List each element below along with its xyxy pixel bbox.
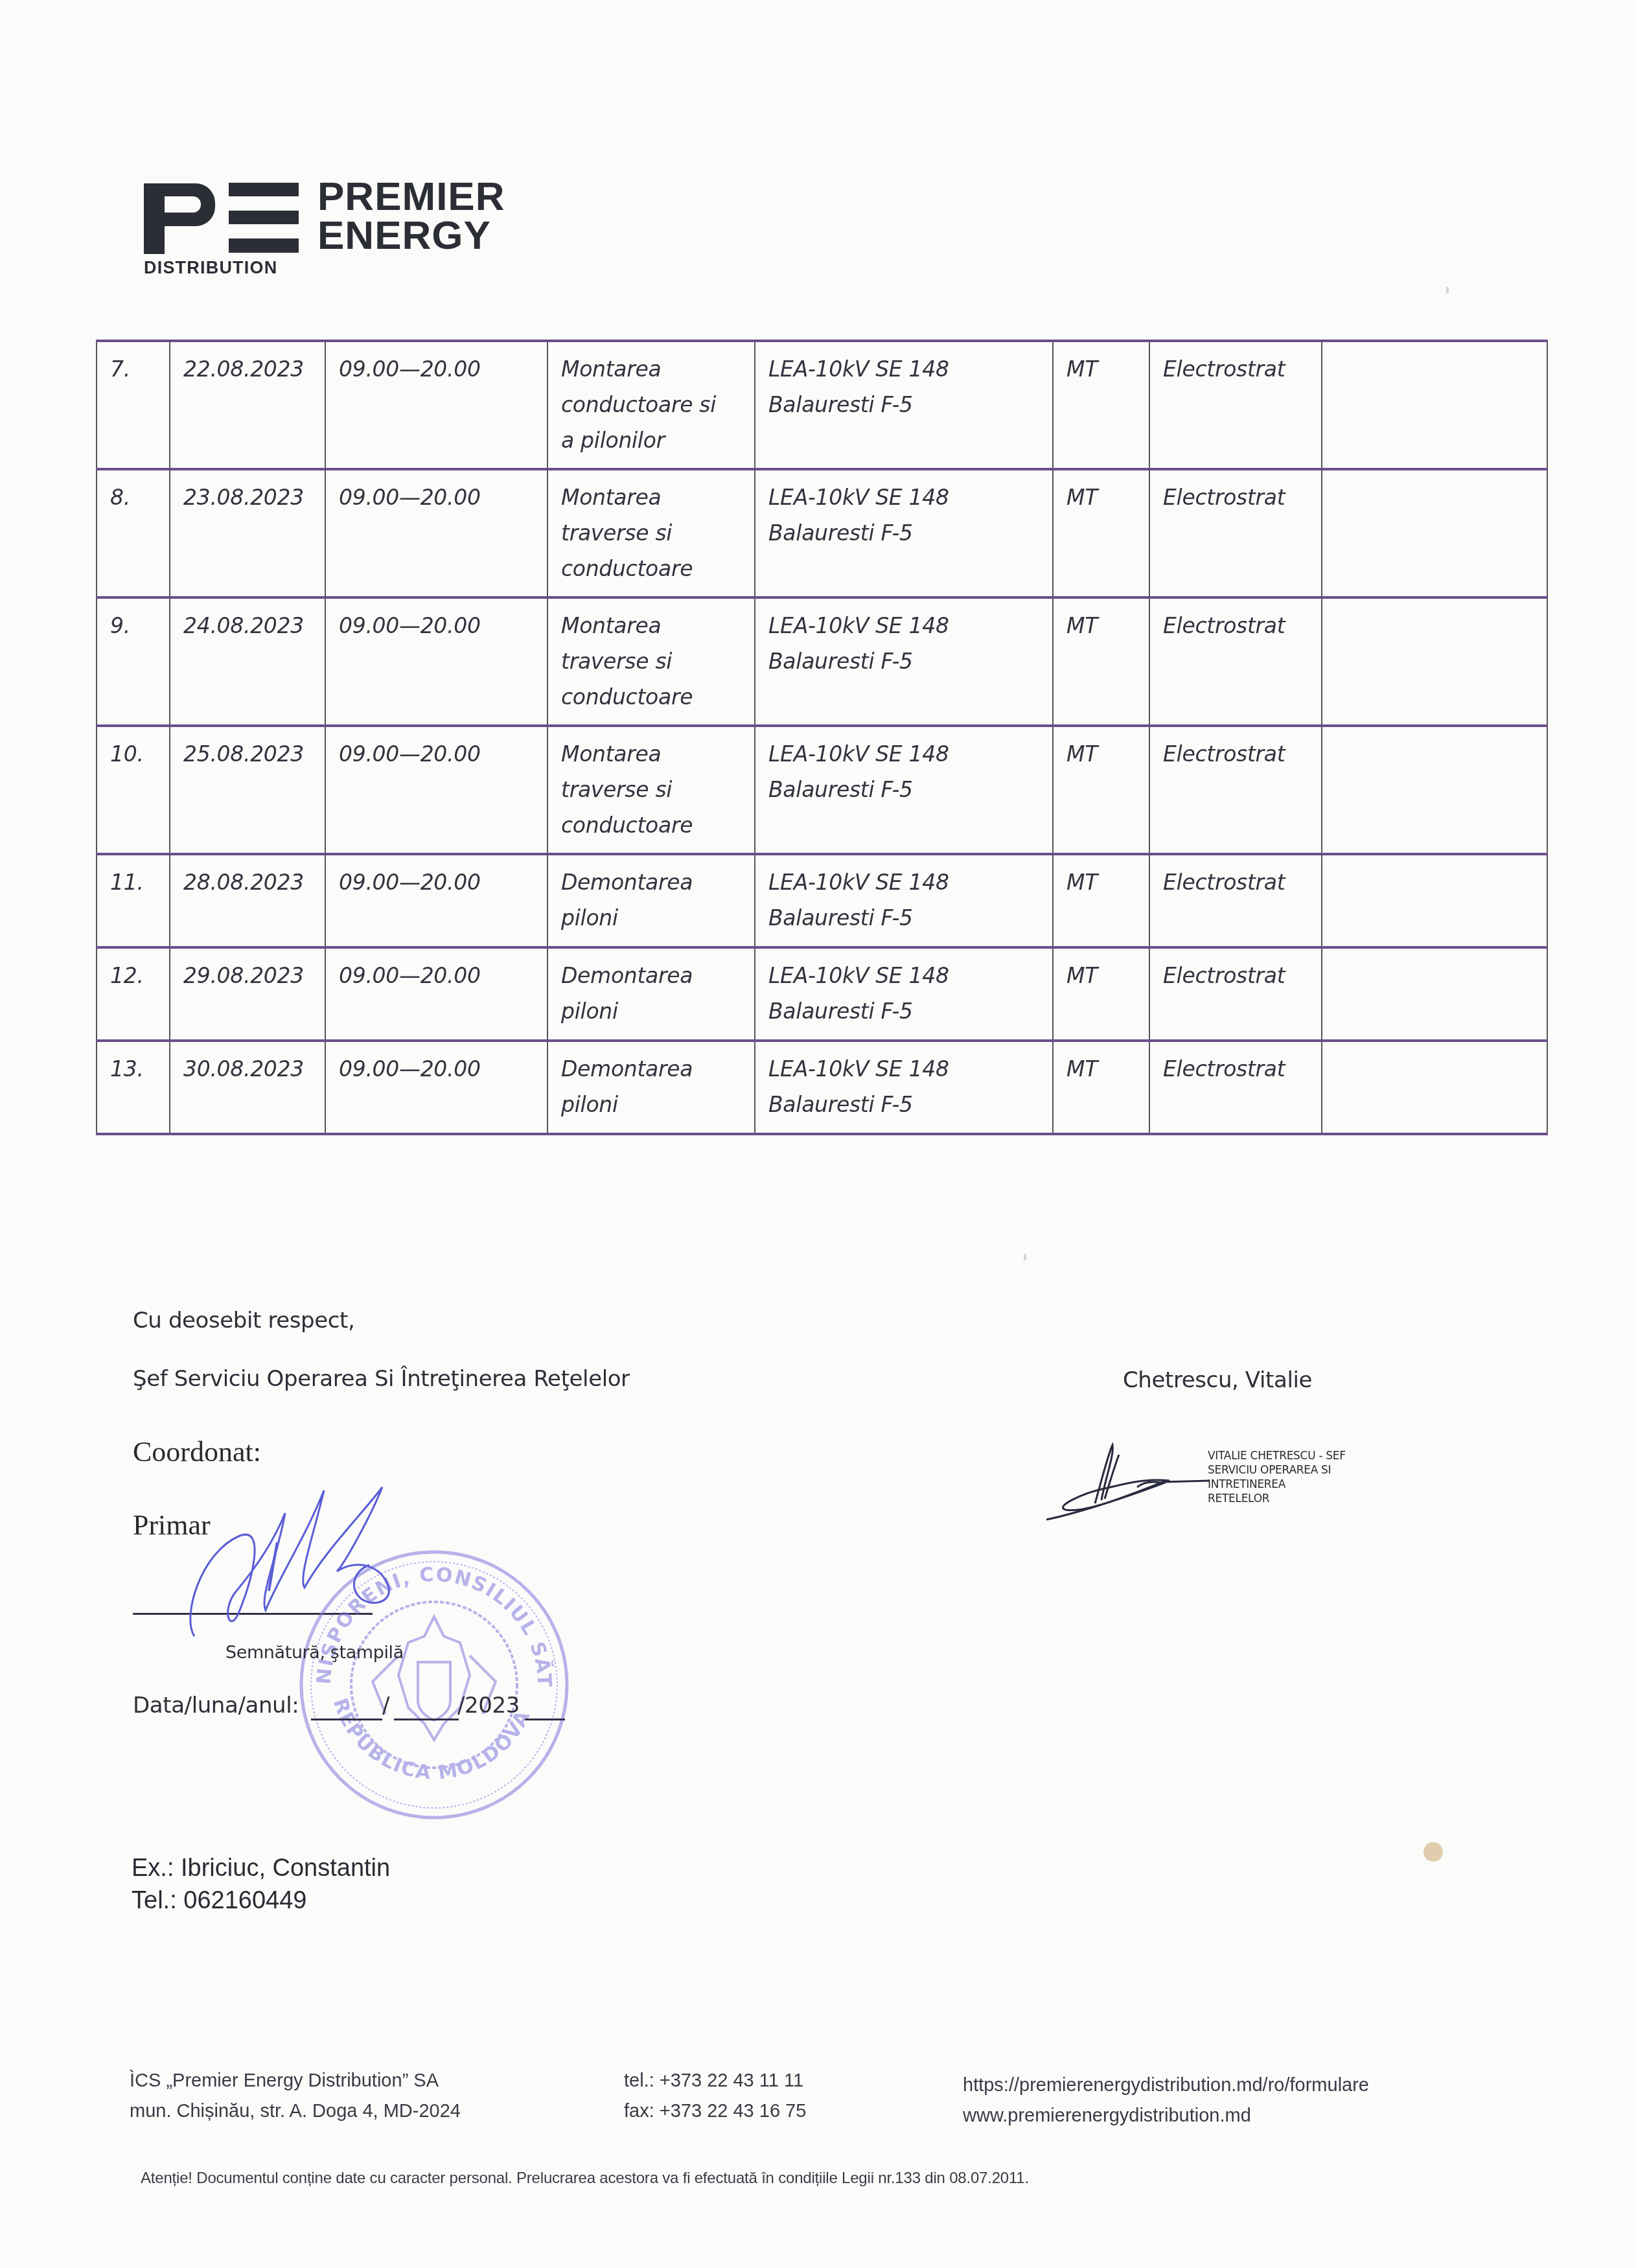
cell-date: 25.08.2023 xyxy=(170,726,325,854)
cell-work-description: Montarea conductoare si a pilonilor xyxy=(547,341,755,469)
cell-notes xyxy=(1322,469,1547,597)
cell-number: 9. xyxy=(97,597,170,726)
table-row: 11. 28.08.2023 09.00—20.00 Demontarea pi… xyxy=(97,854,1547,947)
svg-text:NISPORENI, CONSILIUL SĂTESC: NISPORENI, CONSILIUL SĂTESC xyxy=(295,1545,556,1689)
footer-website-link[interactable]: www.premierenergydistribution.md xyxy=(963,2101,1251,2131)
logo-e-bar-top xyxy=(229,183,299,196)
cell-executor: Electrostrat xyxy=(1149,854,1322,947)
cell-executor: Electrostrat xyxy=(1149,1041,1322,1134)
cell-executor: Electrostrat xyxy=(1149,947,1322,1041)
cell-time: 09.00—20.00 xyxy=(325,947,547,1041)
cell-executor: Electrostrat xyxy=(1149,341,1322,469)
cell-voltage: MT xyxy=(1053,1041,1149,1134)
cell-executor: Electrostrat xyxy=(1149,597,1322,726)
footer-address: mun. Chișinău, str. A. Doga 4, MD-2024 xyxy=(130,2096,461,2127)
cell-voltage: MT xyxy=(1053,597,1149,726)
date-year: /2023 xyxy=(457,1693,520,1718)
cell-time: 09.00—20.00 xyxy=(325,1041,547,1134)
cell-notes xyxy=(1322,726,1547,854)
cell-location: LEA-10kV SE 148 Balauresti F-5 xyxy=(755,947,1053,1041)
cell-date: 29.08.2023 xyxy=(170,947,325,1041)
date-month-line xyxy=(394,1718,459,1720)
cell-number: 7. xyxy=(97,341,170,469)
table-row: 9. 24.08.2023 09.00—20.00 Montarea trave… xyxy=(97,597,1547,726)
cell-number: 12. xyxy=(97,947,170,1041)
cell-number: 11. xyxy=(97,854,170,947)
cell-work-description: Demontarea piloni xyxy=(547,1041,755,1134)
signature-chetrescu-icon xyxy=(1040,1442,1215,1526)
footer-forms-link[interactable]: https://premierenergydistribution.md/ro/… xyxy=(963,2070,1369,2101)
cell-location: LEA-10kV SE 148 Balauresti F-5 xyxy=(755,597,1053,726)
date-label: Data/luna/anul: xyxy=(133,1693,299,1718)
cell-notes xyxy=(1322,854,1547,947)
cell-number: 10. xyxy=(97,726,170,854)
signer-name: Chetrescu, Vitalie xyxy=(1123,1367,1312,1393)
logo-brand-line2: ENERGY xyxy=(317,219,491,253)
date-day-line xyxy=(311,1718,382,1720)
signer-position: Şef Serviciu Operarea Si Întreţinerea Re… xyxy=(133,1366,630,1392)
table-row: 8. 23.08.2023 09.00—20.00 Montarea trave… xyxy=(97,469,1547,597)
logo-brand-line1: PREMIER xyxy=(317,180,505,214)
cell-number: 13. xyxy=(97,1041,170,1134)
logo-p-counter xyxy=(165,196,201,213)
cell-voltage: MT xyxy=(1053,341,1149,469)
cell-notes xyxy=(1322,1041,1547,1134)
cell-location: LEA-10kV SE 148 Balauresti F-5 xyxy=(755,726,1053,854)
cell-executor: Electrostrat xyxy=(1149,469,1322,597)
date-trailing-line xyxy=(525,1718,565,1720)
cell-date: 28.08.2023 xyxy=(170,854,325,947)
cell-location: LEA-10kV SE 148 Balauresti F-5 xyxy=(755,854,1053,947)
cell-time: 09.00—20.00 xyxy=(325,469,547,597)
cell-location: LEA-10kV SE 148 Balauresti F-5 xyxy=(755,469,1053,597)
executor-name: Ex.: Ibriciuc, Constantin xyxy=(132,1852,390,1884)
footer-tel: tel.: +373 22 43 11 11 xyxy=(624,2066,803,2096)
cell-executor: Electrostrat xyxy=(1149,726,1322,854)
closing-greeting: Cu deosebit respect, xyxy=(133,1308,354,1334)
cell-date: 22.08.2023 xyxy=(170,341,325,469)
official-stamp-icon: NISPORENI, CONSILIUL SĂTESC REPUBLICA MO… xyxy=(295,1545,573,1824)
cell-notes xyxy=(1322,597,1547,726)
digital-signature-caption: VITALIE CHETRESCU - SEF SERVICIU OPERARE… xyxy=(1208,1449,1346,1506)
scan-speck xyxy=(1024,1254,1026,1260)
logo-distribution: DISTRIBUTION xyxy=(144,258,277,278)
coordinated-label: Coordonat: xyxy=(133,1435,261,1468)
cell-time: 09.00—20.00 xyxy=(325,854,547,947)
cell-work-description: Demontarea piloni xyxy=(547,947,755,1041)
cell-notes xyxy=(1322,341,1547,469)
cell-notes xyxy=(1322,947,1547,1041)
signature-stamp-caption: Semnătură, ştampilă xyxy=(225,1643,404,1663)
cell-voltage: MT xyxy=(1053,854,1149,947)
cell-location: LEA-10kV SE 148 Balauresti F-5 xyxy=(755,1041,1053,1134)
scan-spot xyxy=(1423,1842,1443,1862)
cell-voltage: MT xyxy=(1053,726,1149,854)
scan-speck xyxy=(1446,287,1449,294)
cell-date: 24.08.2023 xyxy=(170,597,325,726)
footer-fax: fax: +373 22 43 16 75 xyxy=(624,2096,806,2127)
cell-date: 23.08.2023 xyxy=(170,469,325,597)
table-row: 13. 30.08.2023 09.00—20.00 Demontarea pi… xyxy=(97,1041,1547,1134)
table-row: 12. 29.08.2023 09.00—20.00 Demontarea pi… xyxy=(97,947,1547,1041)
footer-company: ÌCS „Premier Energy Distribution” SA xyxy=(130,2066,439,2096)
footer-disclaimer: Atenție! Documentul conține date cu cara… xyxy=(141,2170,1029,2188)
cell-voltage: MT xyxy=(1053,469,1149,597)
executor-phone: Tel.: 062160449 xyxy=(132,1884,306,1917)
cell-work-description: Montarea traverse si conductoare xyxy=(547,469,755,597)
table-row: 7. 22.08.2023 09.00—20.00 Montarea condu… xyxy=(97,341,1547,469)
date-separator: / xyxy=(382,1693,389,1718)
premier-energy-logo: PREMIER ENERGY DISTRIBUTION xyxy=(144,175,565,279)
logo-e-bar-middle xyxy=(229,211,299,224)
cell-time: 09.00—20.00 xyxy=(325,597,547,726)
cell-location: LEA-10kV SE 148 Balauresti F-5 xyxy=(755,341,1053,469)
cell-time: 09.00—20.00 xyxy=(325,341,547,469)
table-row: 10. 25.08.2023 09.00—20.00 Montarea trav… xyxy=(97,726,1547,854)
cell-voltage: MT xyxy=(1053,947,1149,1041)
cell-number: 8. xyxy=(97,469,170,597)
cell-date: 30.08.2023 xyxy=(170,1041,325,1134)
cell-work-description: Montarea traverse si conductoare xyxy=(547,726,755,854)
mayor-label: Primar xyxy=(133,1509,211,1542)
cell-work-description: Demontarea piloni xyxy=(547,854,755,947)
cell-work-description: Montarea traverse si conductoare xyxy=(547,597,755,726)
cell-time: 09.00—20.00 xyxy=(325,726,547,854)
logo-e-bar-bottom xyxy=(229,238,299,253)
works-schedule-table: 7. 22.08.2023 09.00—20.00 Montarea condu… xyxy=(96,340,1548,1135)
